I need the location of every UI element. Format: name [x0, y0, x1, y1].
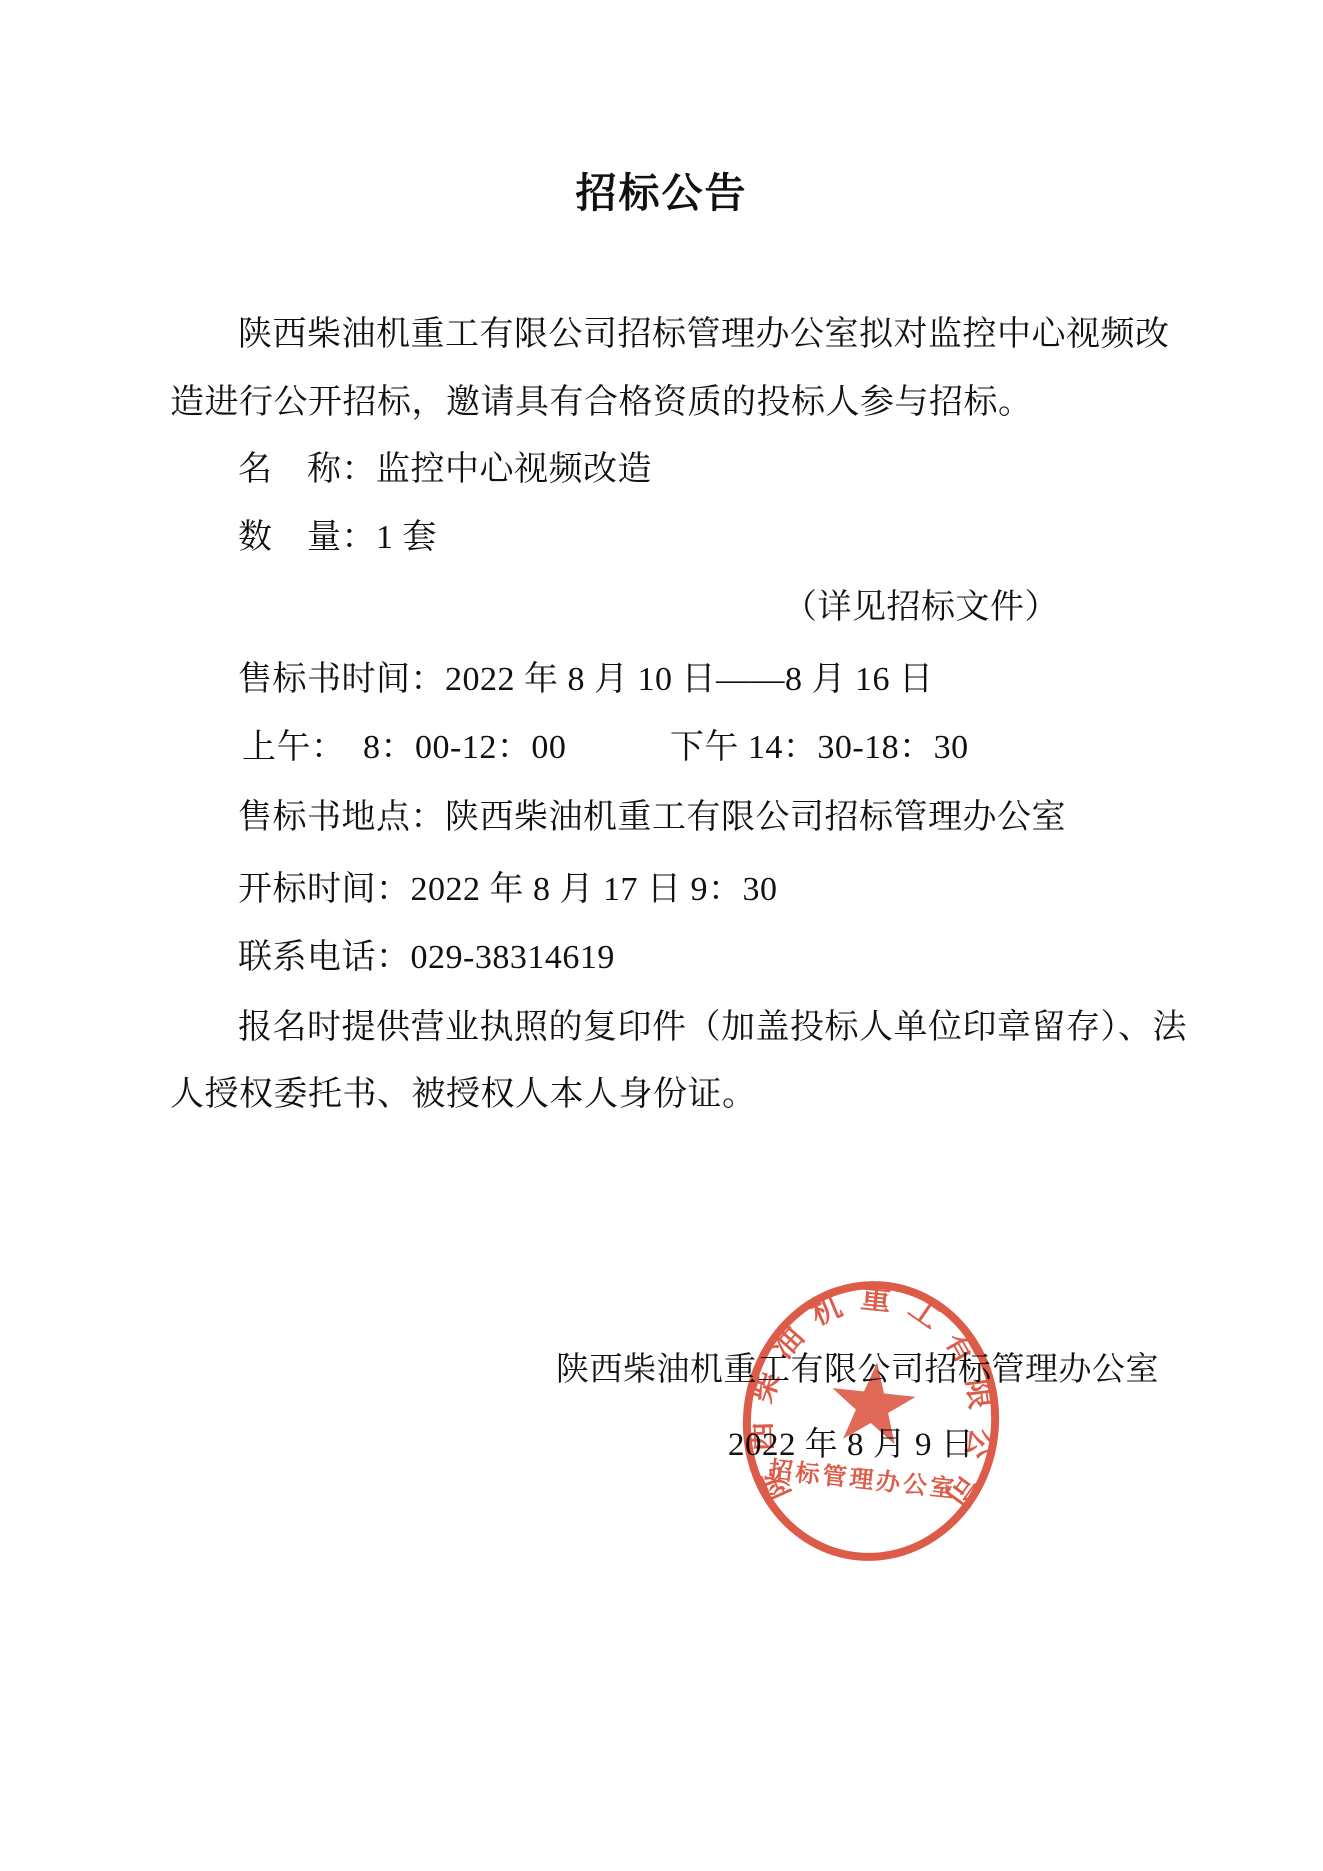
field-contact-phone: 联系电话：029-38314619	[238, 936, 615, 980]
field-quantity: 数 量：1 套	[238, 516, 437, 560]
field-bid-sale-place: 售标书地点：陕西柴油机重工有限公司招标管理办公室	[238, 796, 1066, 840]
field-see-tender-documents-note: （详见招标文件）	[783, 586, 1059, 630]
stamp-star-icon	[827, 1358, 918, 1446]
document-page: 招标公告 陕西柴油机重工有限公司招标管理办公室拟对监控中心视频改 造进行公开招标…	[0, 0, 1323, 1871]
stamp-banner-text: 招标管理办公室	[767, 1456, 958, 1504]
requirements-line-1: 报名时提供营业执照的复印件（加盖投标人单位印章留存）、法	[238, 1006, 1187, 1050]
intro-paragraph-line-1: 陕西柴油机重工有限公司招标管理办公室拟对监控中心视频改	[238, 313, 1170, 357]
field-bid-opening-time: 开标时间：2022 年 8 月 17 日 9：30	[238, 868, 778, 912]
document-title: 招标公告	[0, 168, 1323, 218]
field-project-name: 名 称：监控中心视频改造	[238, 448, 652, 492]
field-business-hours: 上午： 8：00-12：00 下午 14：30-18：30	[242, 726, 969, 770]
official-seal-stamp: 陕西柴油机重工有限公司 招标管理办公室	[721, 1261, 1020, 1582]
requirements-line-2: 人授权委托书、被授权人本人身份证。	[170, 1073, 757, 1117]
intro-paragraph-line-2: 造进行公开招标，邀请具有合格资质的投标人参与招标。	[170, 381, 1033, 425]
field-bid-sale-time: 售标书时间：2022 年 8 月 10 日——8 月 16 日	[238, 658, 934, 702]
